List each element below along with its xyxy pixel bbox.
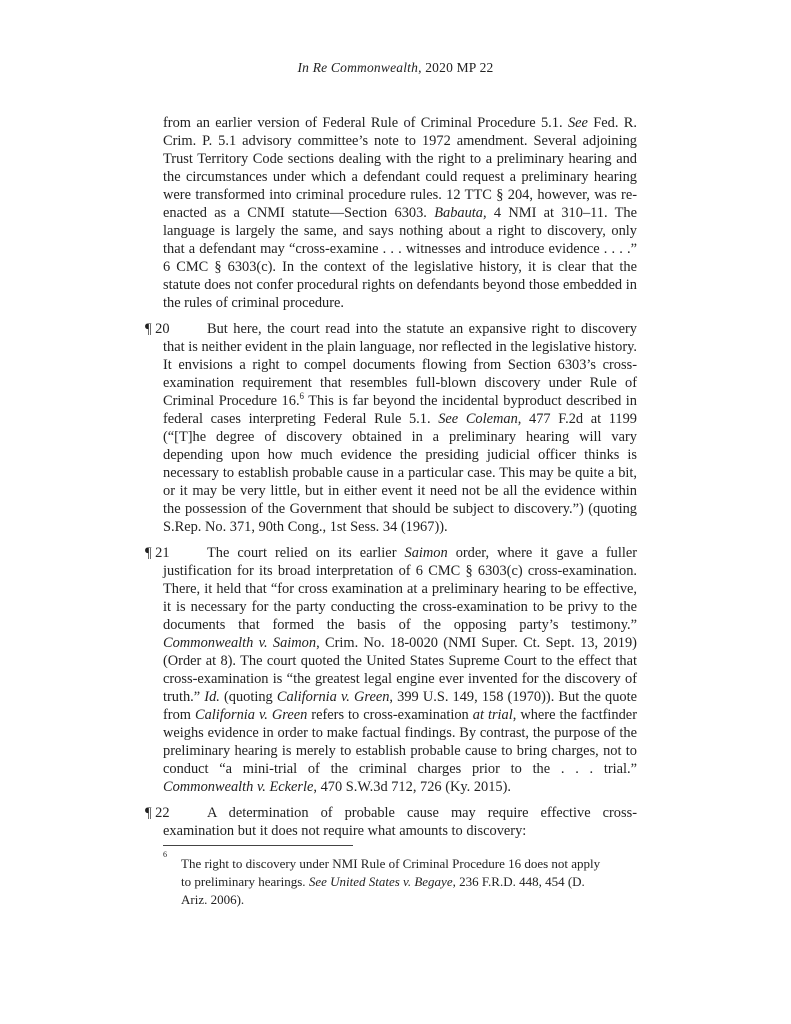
footnote-area: 6The right to discovery under NMI Rule o… — [163, 845, 637, 909]
footnote-separator — [163, 845, 353, 846]
body-paragraph: ¶ 22A determination of probable cause ma… — [163, 804, 637, 840]
text-run: , 2020 MP 22 — [418, 60, 493, 75]
body-paragraph: ¶ 20But here, the court read into the st… — [163, 320, 637, 536]
text-run: (quoting — [220, 689, 277, 705]
italic-text-run: Babauta — [434, 205, 483, 221]
italic-text-run: See United States v. Begaye — [309, 874, 453, 889]
text-run: from an earlier version of Federal Rule … — [163, 115, 568, 131]
italic-text-run: Id. — [204, 689, 220, 705]
paragraph-text: The court relied on its earlier Saimon o… — [163, 545, 637, 795]
footnote: 6The right to discovery under NMI Rule o… — [163, 855, 613, 909]
paragraph-text: A determination of probable cause may re… — [163, 805, 637, 839]
document-page: In Re Commonwealth, 2020 MP 22 from an e… — [0, 0, 791, 1024]
paragraph-number: ¶ 20 — [145, 320, 170, 338]
text-run: refers to cross-examination — [307, 707, 472, 723]
text-run: , 477 F.2d at 1199 (“[T]he degree of dis… — [163, 411, 637, 535]
text-run: A determination of probable cause may re… — [163, 805, 637, 839]
opinion-body: from an earlier version of Federal Rule … — [163, 114, 637, 840]
paragraph-number: ¶ 22 — [145, 804, 170, 822]
italic-text-run: Commonwealth v. Eckerle — [163, 779, 313, 795]
italic-text-run: Saimon — [405, 545, 448, 561]
italic-text-run: California v. Green — [277, 689, 390, 705]
italic-text-run: In Re Commonwealth — [297, 60, 418, 75]
italic-text-run: See — [568, 115, 588, 131]
italic-text-run: Commonwealth v. Saimon — [163, 635, 316, 651]
text-run: , 470 S.W.3d 712, 726 (Ky. 2015). — [313, 779, 511, 795]
paragraph-number: ¶ 21 — [145, 544, 170, 562]
body-paragraph: ¶ 21The court relied on its earlier Saim… — [163, 544, 637, 796]
italic-text-run: See Coleman — [438, 411, 518, 427]
paragraph-text: But here, the court read into the statut… — [163, 321, 637, 535]
italic-text-run: California v. Green — [195, 707, 307, 723]
footnote-text: The right to discovery under NMI Rule of… — [181, 856, 600, 907]
running-header: In Re Commonwealth, 2020 MP 22 — [0, 60, 791, 76]
text-run: The court relied on its earlier — [207, 545, 405, 561]
italic-text-run: at trial — [473, 707, 513, 723]
body-paragraph: from an earlier version of Federal Rule … — [163, 114, 637, 312]
